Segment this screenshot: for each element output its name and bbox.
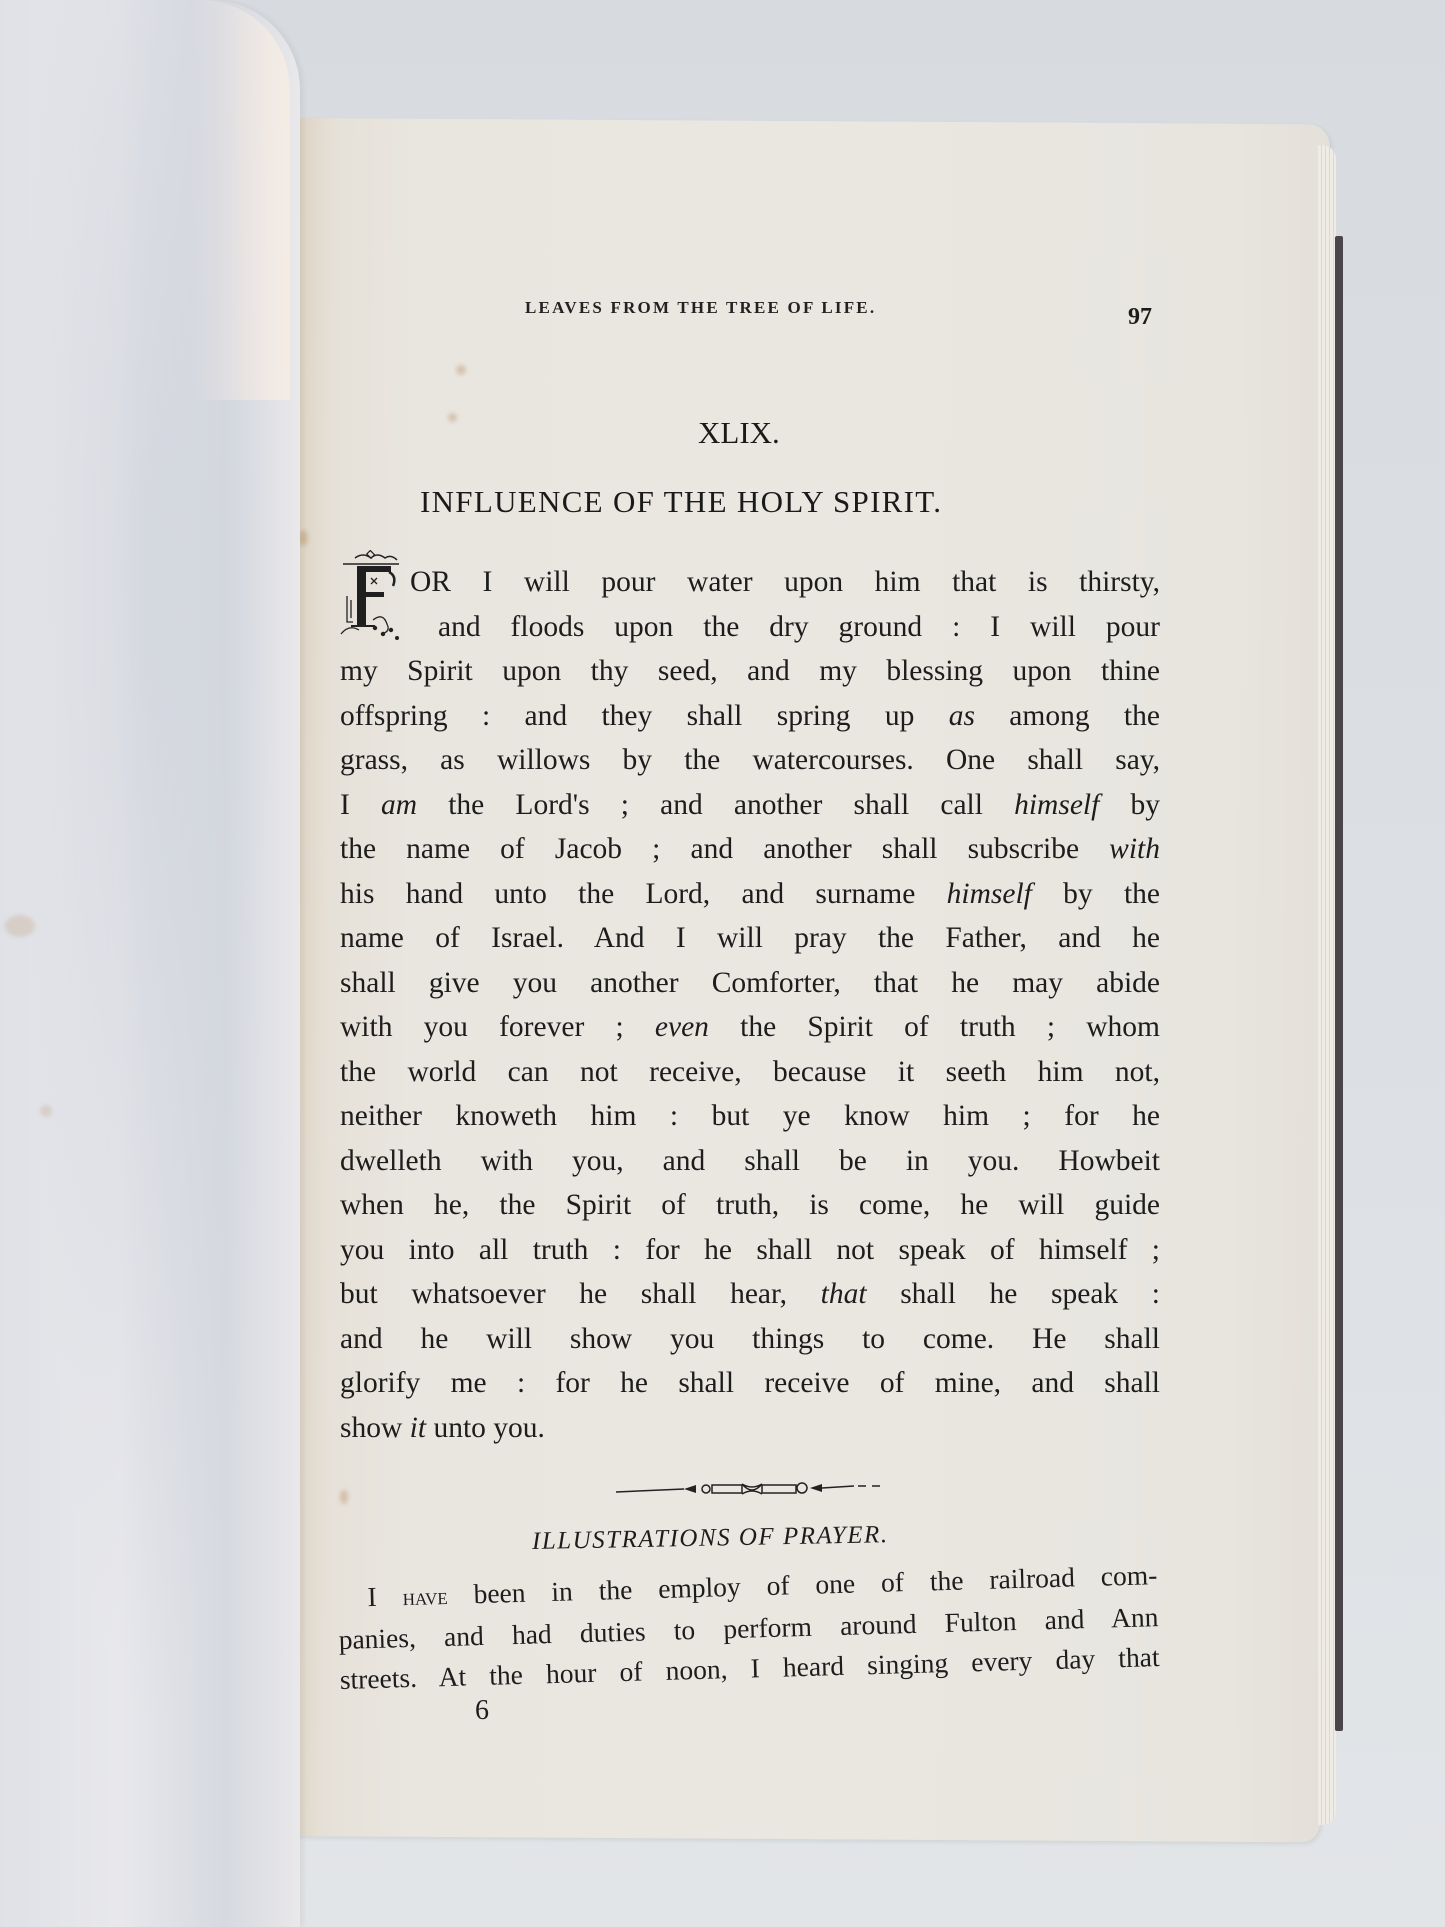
page-block-edge <box>1318 145 1336 1825</box>
text-segment: offspring : and they shall spring up <box>340 700 949 732</box>
text-line: you into all truth : for he shall not sp… <box>340 1228 1160 1273</box>
text-line: my Spirit upon thy seed, and my blessing… <box>340 649 1160 694</box>
text-segment: the Lord's ; and another shall call <box>417 789 1014 821</box>
italic-text: himself <box>947 878 1032 910</box>
text-line: when he, the Spirit of truth, is come, h… <box>340 1183 1160 1228</box>
text-segment: when he, the Spirit of truth, is come, h… <box>340 1189 1160 1221</box>
text-line: OR I will pour water upon him that is th… <box>340 560 1160 605</box>
text-line: his hand unto the Lord, and surname hims… <box>340 872 1160 917</box>
text-segment: but whatsoever he shall hear, <box>340 1278 821 1310</box>
chapter-body: OR I will pour water upon him that is th… <box>340 560 1160 1450</box>
foxing-spot <box>340 1490 348 1504</box>
text-line: the world can not receive, because it se… <box>340 1050 1160 1095</box>
foxing-spot <box>40 1105 52 1117</box>
tissue-page-edge <box>190 0 290 400</box>
text-line: but whatsoever he shall hear, that shall… <box>340 1272 1160 1317</box>
text-segment: name of Israel. And I will pray the Fath… <box>340 922 1160 954</box>
text-line: the name of Jacob ; and another shall su… <box>340 827 1160 872</box>
text-segment: and floods upon the dry ground : I will … <box>438 611 1160 643</box>
text-segment: by <box>1099 789 1160 821</box>
running-head: LEAVES FROM THE TREE OF LIFE. <box>525 298 876 318</box>
chapter-title: INFLUENCE OF THE HOLY SPIRIT. <box>420 484 942 520</box>
text-segment: shall give you another Comforter, that h… <box>340 967 1160 999</box>
italic-text: even <box>655 1011 709 1043</box>
text-line: and he will show you things to come. He … <box>340 1317 1160 1362</box>
text-segment: by the <box>1032 878 1160 910</box>
text-segment: my Spirit upon thy seed, and my blessing… <box>340 655 1160 687</box>
text-segment: grass, as willows by the watercourses. O… <box>340 744 1160 776</box>
page-number: 97 <box>1128 304 1152 331</box>
text-segment: neither knoweth him : but ye know him ; … <box>340 1100 1160 1132</box>
text-line: neither knoweth him : but ye know him ; … <box>340 1094 1160 1139</box>
chapter-number: XLIX. <box>698 415 780 451</box>
foxing-spot <box>5 915 35 937</box>
text-segment: the world can not receive, because it se… <box>340 1056 1160 1088</box>
italic-text: with <box>1109 833 1160 865</box>
lead-smallcaps: have <box>402 1584 448 1611</box>
italic-text: am <box>381 789 417 821</box>
text-segment: with you forever ; <box>340 1011 655 1043</box>
text-line: dwelleth with you, and shall be in you. … <box>340 1139 1160 1184</box>
italic-text: himself <box>1014 789 1099 821</box>
text-segment: you into all truth : for he shall not sp… <box>340 1234 1160 1266</box>
ornamental-divider-icon <box>614 1474 894 1506</box>
text-line: name of Israel. And I will pray the Fath… <box>340 916 1160 961</box>
italic-text: that <box>821 1278 867 1310</box>
signature-mark: 6 <box>475 1695 489 1727</box>
italic-text: it <box>410 1412 426 1444</box>
lead-word: I <box>367 1581 377 1612</box>
section-body: I have been in the employ of one of the … <box>337 1555 1160 1700</box>
text-segment: and he will show you things to come. He … <box>340 1323 1160 1355</box>
text-segment: OR I will pour water upon him that is th… <box>410 566 1160 598</box>
text-line: shall give you another Comforter, that h… <box>340 961 1160 1006</box>
text-line: offspring : and they shall spring up as … <box>340 694 1160 739</box>
book-cover-edge <box>1335 236 1343 1731</box>
text-line: with you forever ; even the Spirit of tr… <box>340 1005 1160 1050</box>
foxing-spot <box>448 413 457 422</box>
text-segment: dwelleth with you, and shall be in you. … <box>340 1145 1160 1177</box>
italic-text: as <box>949 700 975 732</box>
foxing-spot <box>456 365 466 375</box>
text-segment: show <box>340 1412 410 1444</box>
text-segment: I <box>340 789 381 821</box>
text-segment: his hand unto the Lord, and surname <box>340 878 947 910</box>
text-segment: glorify me : for he shall receive of min… <box>340 1367 1160 1399</box>
text-segment: the name of Jacob ; and another shall su… <box>340 833 1109 865</box>
text-line: grass, as willows by the watercourses. O… <box>340 738 1160 783</box>
text-segment: shall he speak : <box>867 1278 1160 1310</box>
text-segment: the Spirit of truth ; whom <box>709 1011 1160 1043</box>
text-line: show it unto you. <box>340 1406 1160 1451</box>
text-segment: among the <box>975 700 1160 732</box>
text-line: I am the Lord's ; and another shall call… <box>340 783 1160 828</box>
text-segment: unto you. <box>426 1412 545 1444</box>
text-line: glorify me : for he shall receive of min… <box>340 1361 1160 1406</box>
text-line: and floods upon the dry ground : I will … <box>340 605 1160 650</box>
